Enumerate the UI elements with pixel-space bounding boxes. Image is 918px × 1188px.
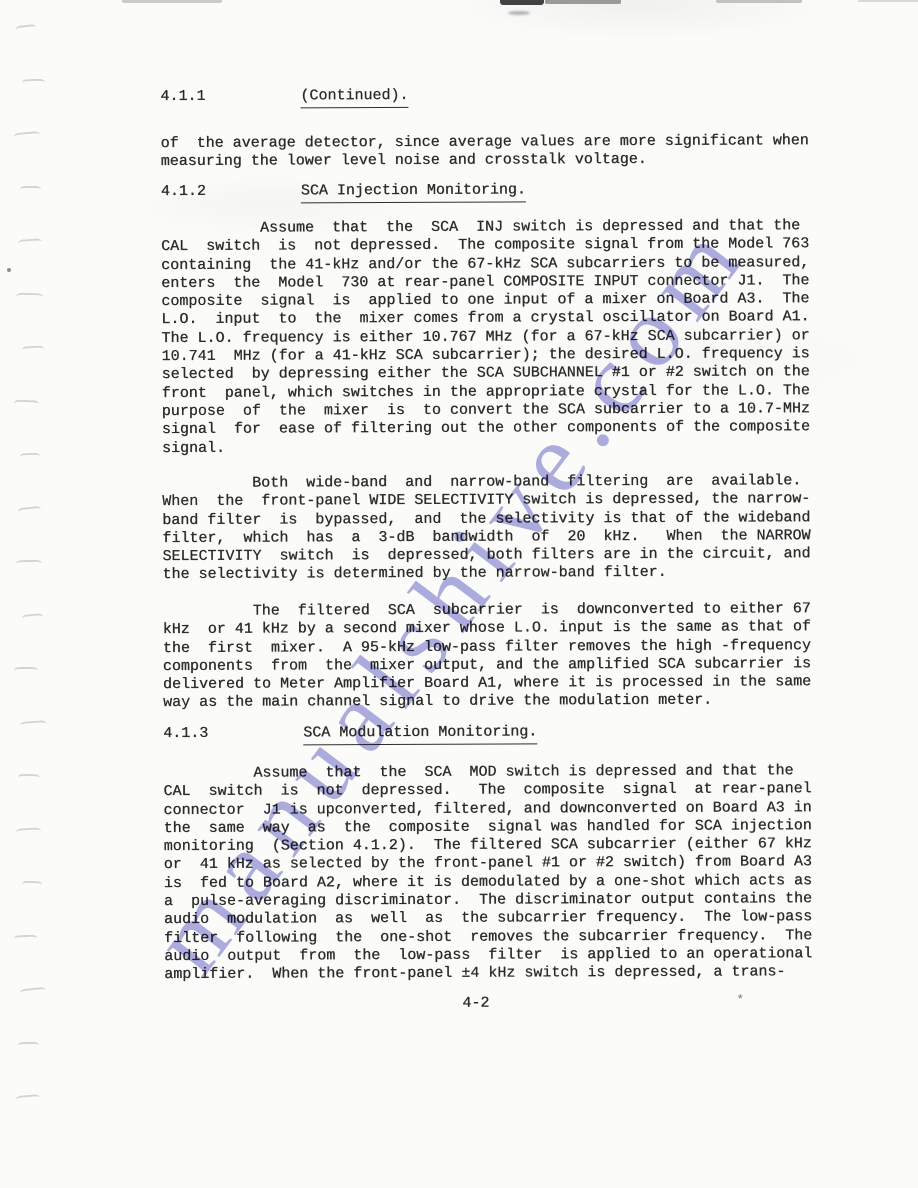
scan-artifact-top-far-right bbox=[858, 0, 918, 2]
binding-mark bbox=[18, 1041, 39, 1048]
page-number: 4-2 bbox=[462, 995, 489, 1013]
binding-mark bbox=[14, 934, 37, 942]
binding-mark bbox=[14, 399, 39, 407]
binding-mark bbox=[16, 292, 43, 299]
section-title: SCA Injection Monitoring. bbox=[301, 181, 526, 203]
paragraph: Both wide-band and narrow-band filtering… bbox=[162, 472, 811, 585]
binding-mark bbox=[16, 560, 42, 567]
section-number: 4.1.1 bbox=[160, 88, 205, 106]
paragraph: Assume that the SCA INJ switch is depres… bbox=[161, 217, 810, 458]
binding-mark bbox=[16, 24, 37, 33]
section-number: 4.1.2 bbox=[161, 183, 206, 201]
binding-mark bbox=[22, 78, 45, 85]
binding-mark bbox=[16, 1094, 41, 1103]
binding-mark bbox=[20, 186, 41, 193]
binding-mark bbox=[14, 667, 38, 674]
binding-mark bbox=[20, 453, 40, 461]
binding-mark bbox=[16, 827, 41, 835]
paragraph: of the average detector, since average v… bbox=[161, 132, 809, 171]
section-title: SCA Modulation Monitoring. bbox=[303, 723, 537, 745]
binding-marks bbox=[0, 0, 60, 1188]
section-number: 4.1.3 bbox=[163, 725, 208, 743]
binding-mark bbox=[14, 131, 41, 140]
section-title: (Continued). bbox=[300, 87, 408, 109]
binding-mark bbox=[22, 881, 42, 889]
stray-asterisk: * bbox=[736, 991, 744, 1009]
document-body: 4.1.1 (Continued). of the average detect… bbox=[160, 0, 865, 1188]
binding-mark bbox=[22, 345, 44, 353]
binding-mark bbox=[18, 238, 42, 247]
paragraph: The filtered SCA subcarrier is downconve… bbox=[163, 600, 812, 713]
binding-mark bbox=[20, 987, 47, 997]
binding-mark bbox=[22, 613, 44, 622]
paragraph: Assume that the SCA MOD switch is depres… bbox=[163, 762, 812, 984]
binding-mark bbox=[20, 720, 47, 729]
binding-mark bbox=[18, 505, 42, 514]
binding-mark bbox=[18, 774, 40, 781]
scanned-manual-page: 4.1.1 (Continued). of the average detect… bbox=[0, 0, 918, 1188]
